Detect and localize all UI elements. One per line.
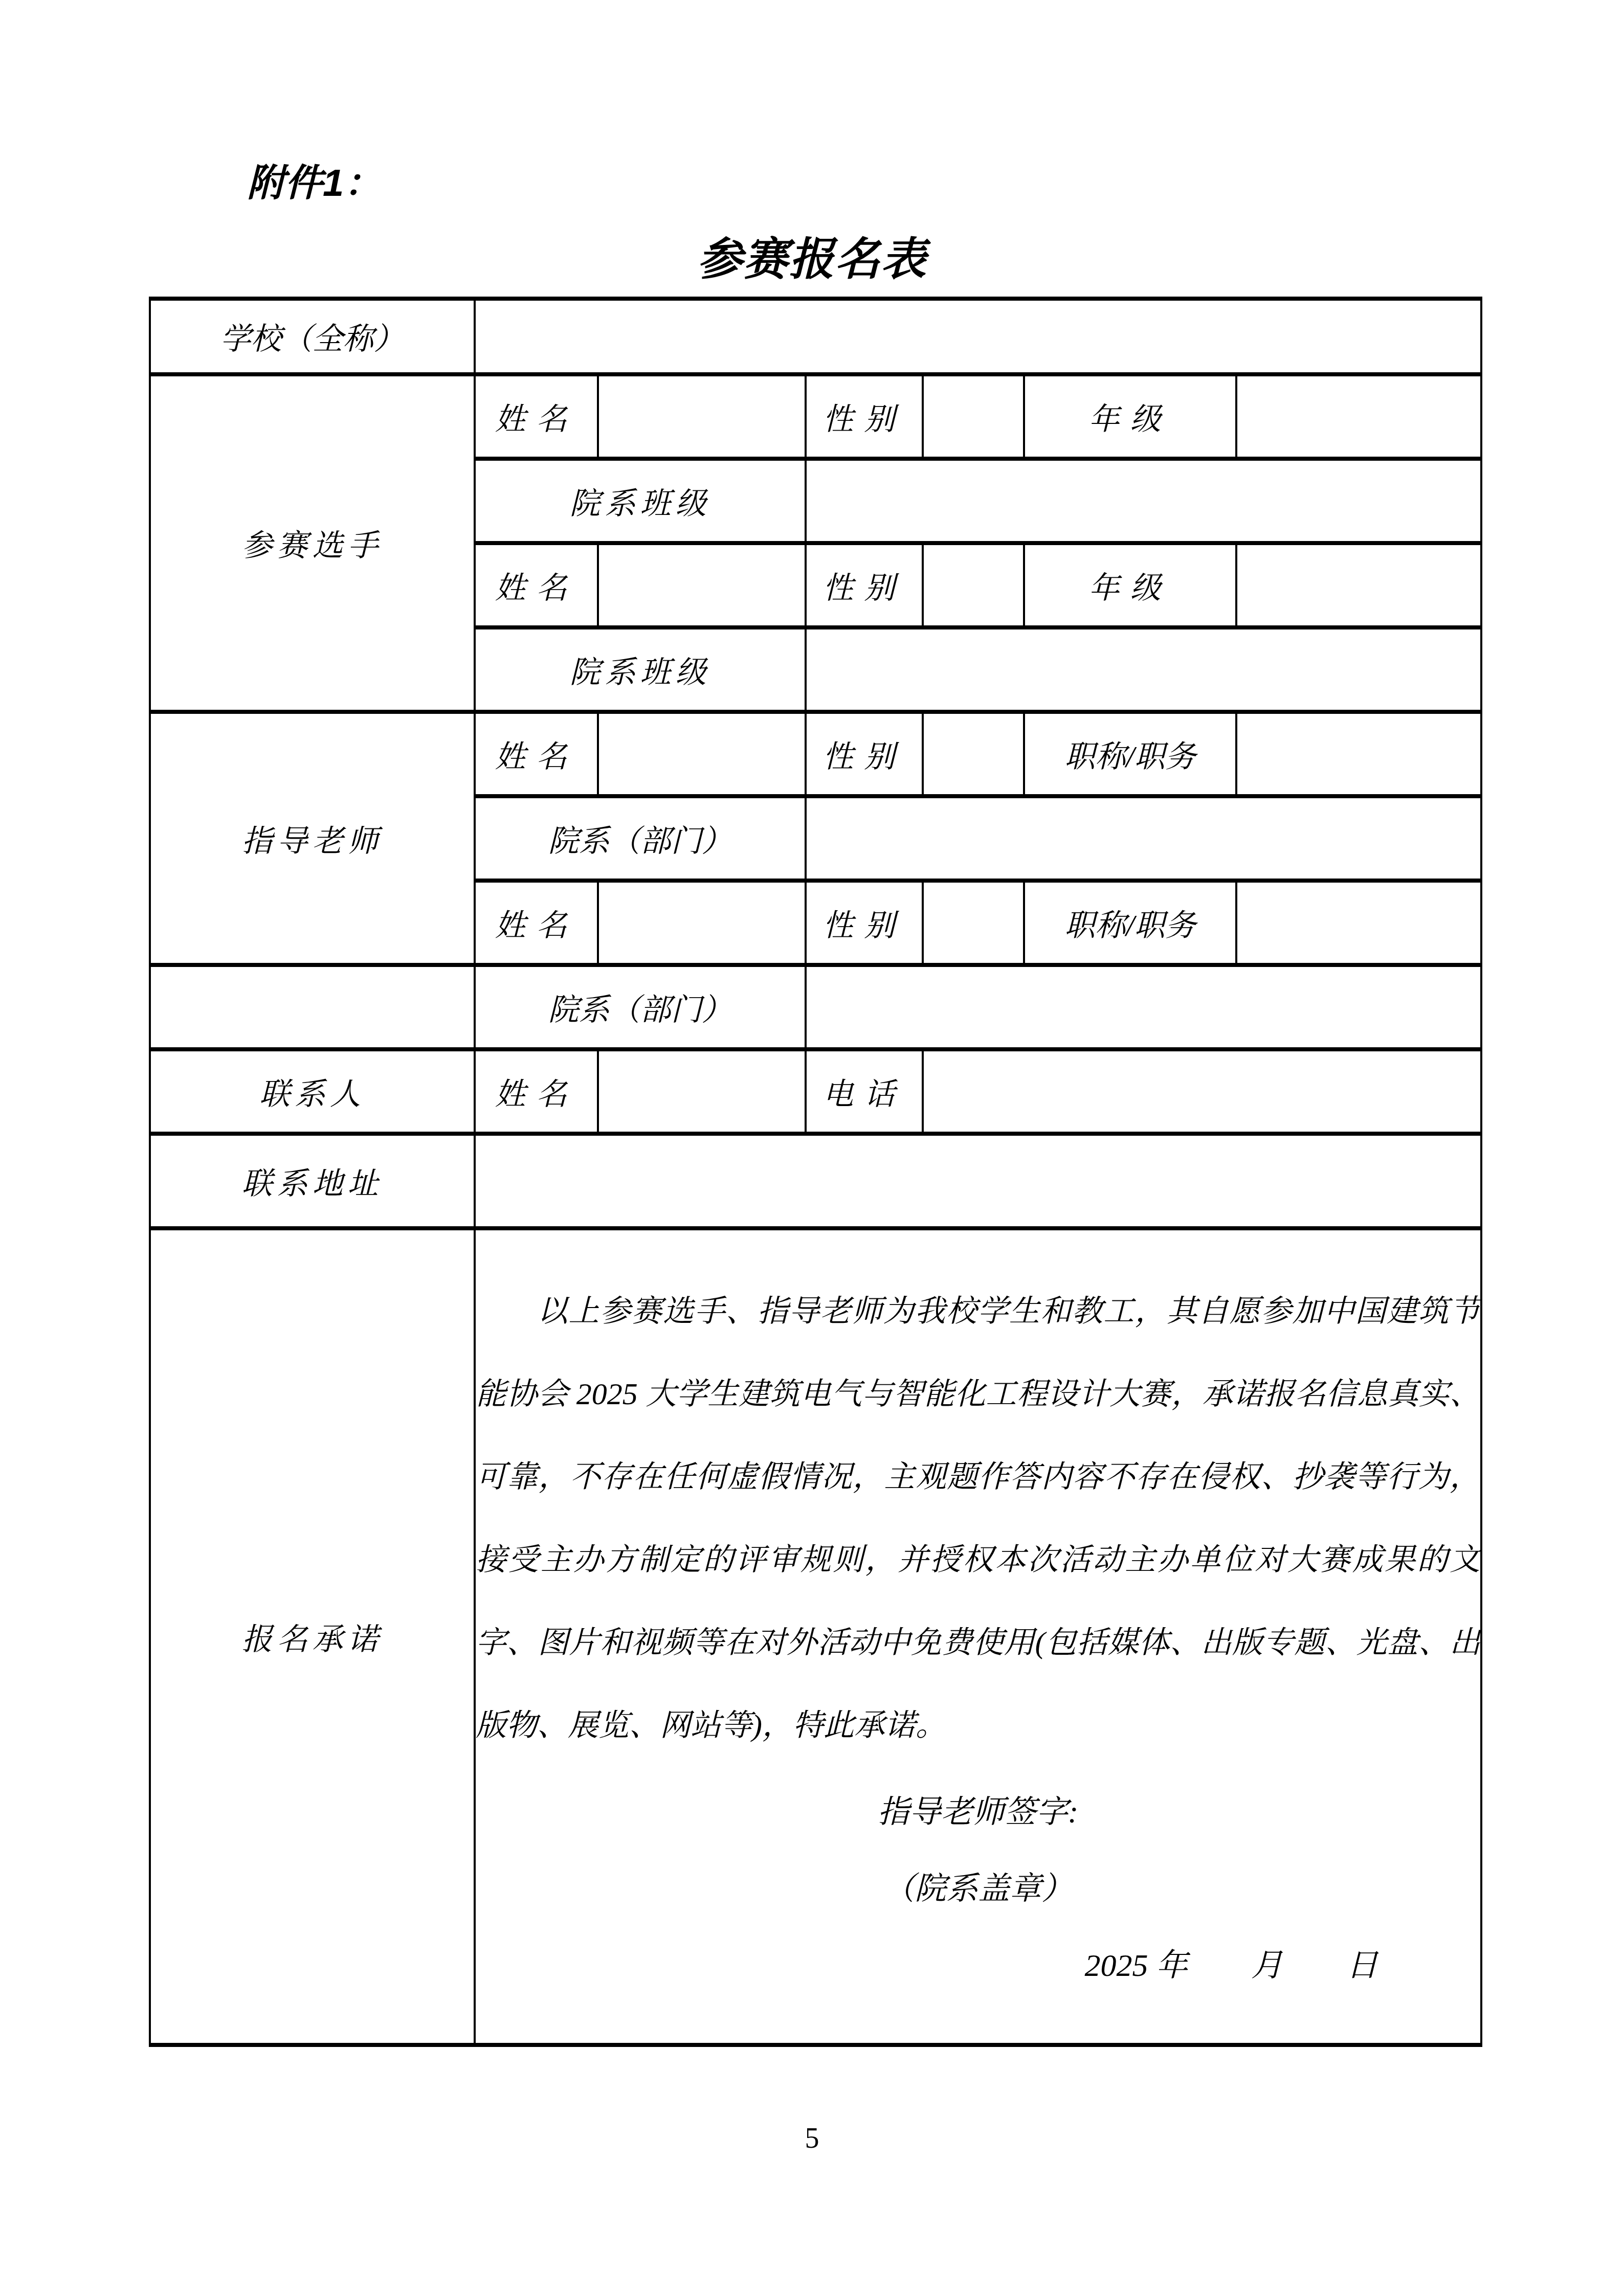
document-page: 附件1： 参赛报名表 学校（全称） 参赛选手 姓名 性别 年级 院系班级 [0, 0, 1624, 2296]
page-number: 5 [0, 2122, 1624, 2155]
teacher1-title-label: 职称/职务 [1024, 712, 1236, 796]
table-row: 联系人 姓名 电话 [150, 1049, 1481, 1134]
attachment-label: 附件1： [247, 160, 382, 207]
commitment-cell: 以上参赛选手、指导老师为我校学生和教工，其自愿参加中国建筑节能协会 2025 大… [475, 1228, 1481, 2045]
teacher-signature-line: 指导老师签字: [476, 1774, 1480, 1851]
page-title: 参赛报名表 [0, 231, 1624, 287]
teacher2-title-field[interactable] [1236, 881, 1481, 965]
teacher1-name-label: 姓名 [475, 712, 598, 796]
contestant2-dept-class-label: 院系班级 [475, 627, 806, 712]
contact-name-label: 姓名 [475, 1049, 598, 1134]
contestant2-gender-label: 性别 [806, 543, 923, 627]
contestant1-dept-class-field[interactable] [806, 459, 1481, 543]
table-row: 院系（部门） [150, 965, 1481, 1049]
table-row: 指导老师 姓名 性别 职称/职务 [150, 712, 1481, 796]
contestant1-gender-field[interactable] [923, 374, 1024, 459]
table-row: 参赛选手 姓名 性别 年级 [150, 374, 1481, 459]
contestant1-name-label: 姓名 [475, 374, 598, 459]
contestants-section-label: 参赛选手 [150, 374, 475, 712]
contact-label: 联系人 [150, 1049, 475, 1134]
school-name-field[interactable] [475, 299, 1481, 374]
teacher2-name-label: 姓名 [475, 881, 598, 965]
contestant2-grade-field[interactable] [1236, 543, 1481, 627]
contestant1-dept-class-label: 院系班级 [475, 459, 806, 543]
date-line: 2025 年 月 日 [476, 1927, 1480, 2004]
teacher1-dept-field[interactable] [806, 796, 1481, 881]
contestant2-name-label: 姓名 [475, 543, 598, 627]
teacher2-dept-field[interactable] [806, 965, 1481, 1049]
contestant2-grade-label: 年级 [1024, 543, 1236, 627]
registration-form-table: 学校（全称） 参赛选手 姓名 性别 年级 院系班级 姓名 性别 年级 院系班 [149, 297, 1482, 2047]
contact-name-field[interactable] [598, 1049, 806, 1134]
table-row: 学校（全称） [150, 299, 1481, 374]
teacher2-gender-field[interactable] [923, 881, 1024, 965]
table-row: 联系地址 [150, 1134, 1481, 1228]
department-stamp-line: （院系盖章） [476, 1851, 1480, 1927]
table-row: 报名承诺 以上参赛选手、指导老师为我校学生和教工，其自愿参加中国建筑节能协会 2… [150, 1228, 1481, 2045]
teacher1-title-field[interactable] [1236, 712, 1481, 796]
address-field[interactable] [475, 1134, 1481, 1228]
commitment-label: 报名承诺 [150, 1228, 475, 2045]
contestant2-gender-field[interactable] [923, 543, 1024, 627]
teacher2-name-field[interactable] [598, 881, 806, 965]
contact-phone-label: 电话 [806, 1049, 923, 1134]
address-label: 联系地址 [150, 1134, 475, 1228]
school-label: 学校（全称） [150, 299, 475, 374]
commitment-paragraph: 以上参赛选手、指导老师为我校学生和教工，其自愿参加中国建筑节能协会 2025 大… [476, 1270, 1480, 1767]
teacher1-name-field[interactable] [598, 712, 806, 796]
teacher1-gender-label: 性别 [806, 712, 923, 796]
teacher2-gender-label: 性别 [806, 881, 923, 965]
contestant2-dept-class-field[interactable] [806, 627, 1481, 712]
contestant1-name-field[interactable] [598, 374, 806, 459]
empty-label-cell [150, 965, 475, 1049]
teacher2-dept-label: 院系（部门） [475, 965, 806, 1049]
teacher1-gender-field[interactable] [923, 712, 1024, 796]
teacher1-dept-label: 院系（部门） [475, 796, 806, 881]
contestant1-grade-field[interactable] [1236, 374, 1481, 459]
teachers-section-label: 指导老师 [150, 712, 475, 965]
contestant1-grade-label: 年级 [1024, 374, 1236, 459]
contestant2-name-field[interactable] [598, 543, 806, 627]
contact-phone-field[interactable] [923, 1049, 1481, 1134]
contestant1-gender-label: 性别 [806, 374, 923, 459]
teacher2-title-label: 职称/职务 [1024, 881, 1236, 965]
